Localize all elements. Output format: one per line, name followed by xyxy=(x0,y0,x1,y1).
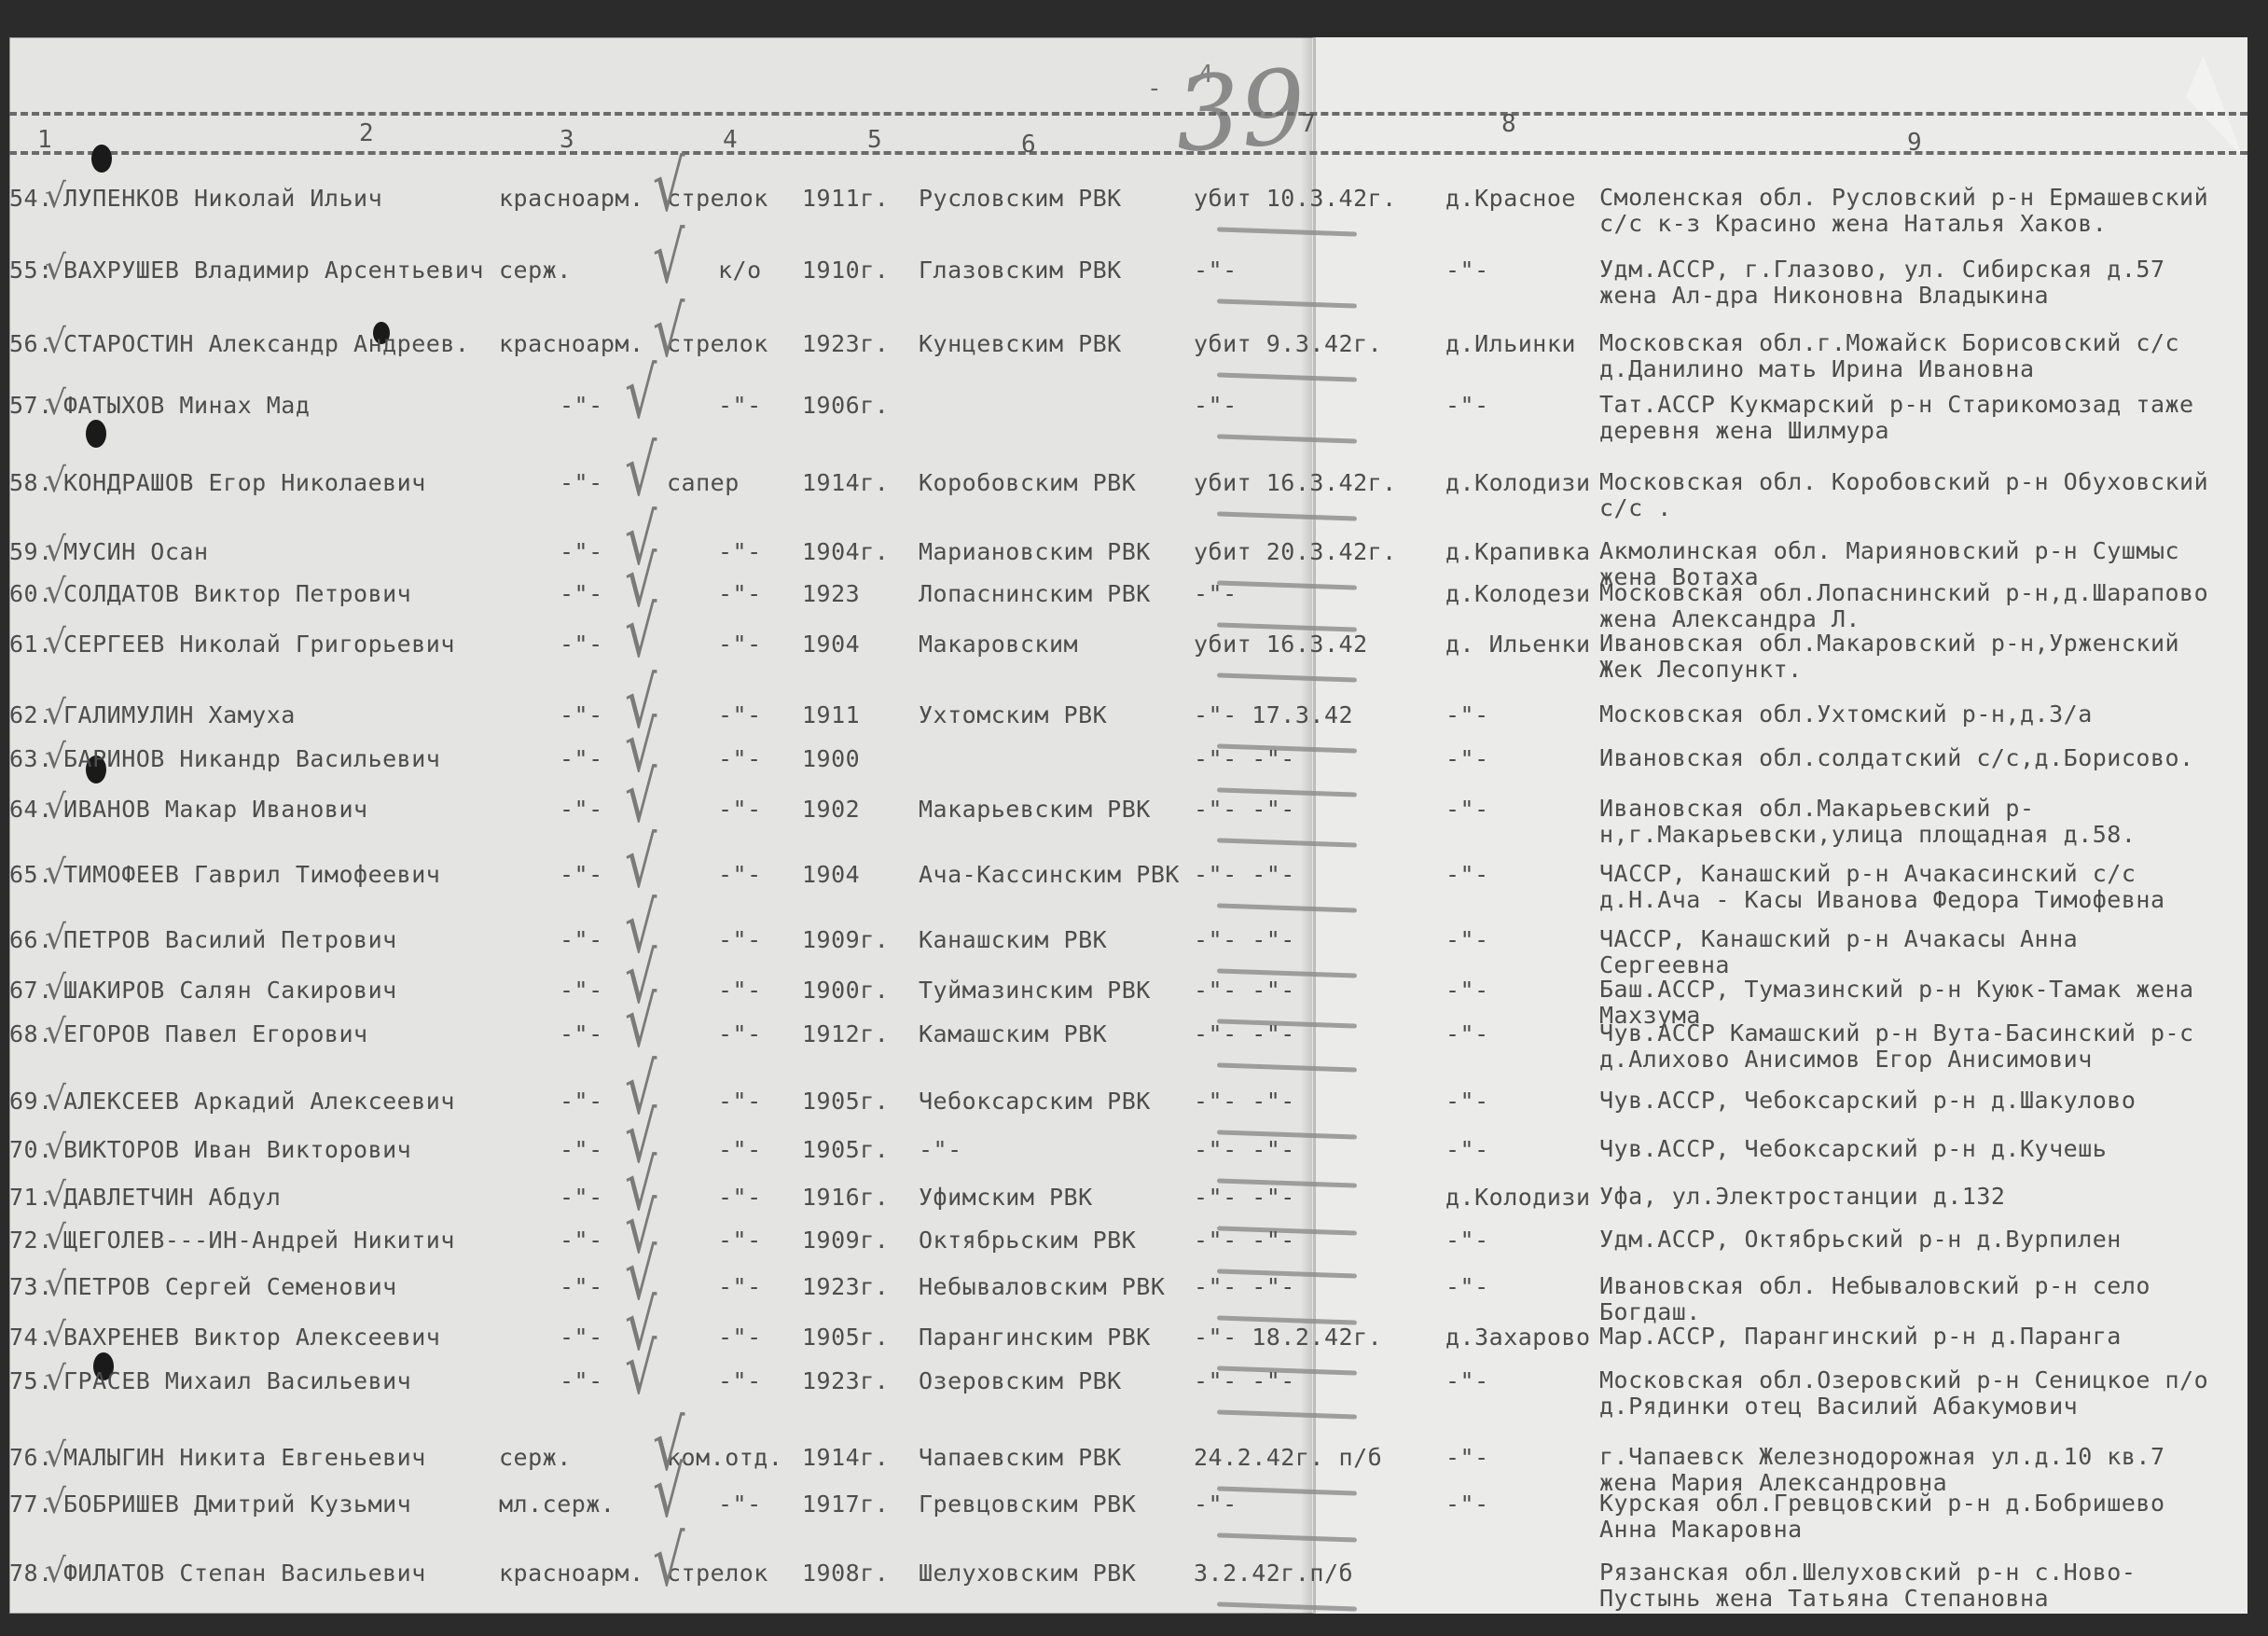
cell-year: 1911 xyxy=(802,701,860,728)
cell-name: ФАТЫХОВ Минах Мад xyxy=(63,392,310,419)
punch-hole xyxy=(91,145,112,173)
table-row: 78.ФИЛАТОВ Степан Васильевичкрасноарм.ст… xyxy=(9,1560,2247,1615)
cell-rvk: Туймазинским РВК xyxy=(919,977,1151,1004)
pencil-underline xyxy=(1217,672,1357,682)
cell-fate: -"- -"- xyxy=(1194,745,1295,772)
cell-year: 1909г. xyxy=(802,1227,889,1254)
cell-position: -"- xyxy=(718,796,762,823)
pencil-check-icon: √ xyxy=(625,590,657,672)
cell-position: -"- xyxy=(718,1184,762,1211)
cell-rvk: Макаровским xyxy=(919,631,1078,658)
cell-name: ВАХРУШЕВ Владимир Арсентьевич xyxy=(63,256,484,284)
cell-burial: -"- xyxy=(1445,1088,1489,1115)
cell-year: 1902 xyxy=(802,796,860,823)
table-row: 57.ФАТЫХОВ Минах Мад-"--"-1906г.-"--"-Та… xyxy=(9,392,2247,448)
cell-burial: д.Ильинки xyxy=(1445,330,1576,357)
cell-rank: -"- xyxy=(560,631,603,658)
margin-check-icon: √ xyxy=(45,1176,66,1214)
margin-check-icon: √ xyxy=(45,1129,66,1167)
table-row: 60.СОЛДАТОВ Виктор Петрович-"--"-1923Лоп… xyxy=(9,580,2247,636)
pencil-underline xyxy=(1217,298,1357,308)
cell-fate: -"- 18.2.42г. xyxy=(1194,1324,1382,1351)
cell-fate: -"- 17.3.42 xyxy=(1194,701,1353,728)
cell-rvk: Октябрьским РВК xyxy=(919,1227,1136,1254)
cell-address: Смоленская обл. Русловский р-н Ермашевск… xyxy=(1599,185,2215,237)
pencil-check-icon: √ xyxy=(653,290,685,372)
cell-rvk: -"- xyxy=(919,1136,962,1163)
cell-rank: -"- xyxy=(560,392,603,419)
cell-fate: -"- -"- xyxy=(1194,1088,1295,1115)
cell-address: Рязанская обл.Шелуховский р-н с.Ново-Пус… xyxy=(1599,1560,2215,1612)
cell-rank: -"- xyxy=(560,926,603,953)
cell-address: Тат.АССР Кукмарский р-н Старикомозад таж… xyxy=(1599,392,2215,444)
cell-name: ШАКИРОВ Салян Сакирович xyxy=(63,977,397,1004)
cell-position: -"- xyxy=(718,701,762,728)
cell-address: Курская обл.Гревцовский р-н д.Бобришево … xyxy=(1599,1490,2215,1543)
cell-position: -"- xyxy=(718,745,762,772)
cell-name: МУСИН Осан xyxy=(63,538,209,565)
cell-year: 1916г. xyxy=(802,1184,889,1211)
cell-address: Удм.АССР, Октябрьский р-н д.Вурпилен xyxy=(1599,1227,2215,1253)
cell-position: -"- xyxy=(718,1020,762,1047)
table-row: 66.ПЕТРОВ Василий Петрович-"--"-1909г.Ка… xyxy=(9,926,2247,982)
cell-year: 1923г. xyxy=(802,1273,889,1300)
cell-rank: -"- xyxy=(560,977,603,1004)
cell-position: -"- xyxy=(718,580,762,607)
margin-check-icon: √ xyxy=(45,1080,66,1118)
cell-address: Московская обл. Коробовский р-н Обуховск… xyxy=(1599,469,2215,521)
cell-fate: -"- -"- xyxy=(1194,926,1295,953)
cell-position: к/о xyxy=(718,256,762,284)
cell-address: г.Чапаевск Железнодорожная ул.д.10 кв.7 … xyxy=(1599,1444,2215,1496)
cell-burial: -"- xyxy=(1445,926,1489,953)
margin-check-icon: √ xyxy=(45,1483,66,1521)
table-row: 58.КОНДРАШОВ Егор Николаевич-"-сапер1914… xyxy=(9,469,2247,525)
cell-address: Чув.АССР, Чебоксарский р-н д.Шакулово xyxy=(1599,1088,2215,1114)
cell-rank: -"- xyxy=(560,796,603,823)
cell-rvk: Канашским РВК xyxy=(919,926,1107,953)
cell-year: 1912г. xyxy=(802,1020,889,1047)
page-number-dash: - xyxy=(1147,75,1162,103)
cell-address: Ивановская обл.Макарьевский р-н,г.Макарь… xyxy=(1599,796,2215,848)
cell-rank: -"- xyxy=(560,1324,603,1351)
margin-check-icon: √ xyxy=(45,1552,66,1590)
cell-address: Московская обл.Озеровский р-н Сеницкое п… xyxy=(1599,1367,2215,1420)
cell-rvk: Шелуховским РВК xyxy=(919,1560,1136,1587)
cell-rvk: Уфимским РВК xyxy=(919,1184,1093,1211)
cell-name: БОБРИШЕВ Дмитрий Кузьмич xyxy=(63,1490,411,1518)
margin-check-icon: √ xyxy=(45,738,66,776)
cell-year: 1923г. xyxy=(802,330,889,357)
cell-rank: мл.серж. xyxy=(499,1490,615,1518)
cell-rvk: Озеровским РВК xyxy=(919,1367,1122,1394)
margin-check-icon: √ xyxy=(45,1219,66,1257)
cell-fate: -"- -"- xyxy=(1194,861,1295,888)
cell-address: Ивановская обл. Небываловский р-н село Б… xyxy=(1599,1273,2215,1325)
cell-address: Московская обл.Лопаснинский р-н,д.Шарапо… xyxy=(1599,580,2215,632)
cell-fate: -"- -"- xyxy=(1194,1273,1295,1300)
cell-year: 1923 xyxy=(802,580,860,607)
column-number-4: 4 xyxy=(723,126,738,154)
column-number-6: 6 xyxy=(1021,131,1036,159)
cell-rank: -"- xyxy=(560,1020,603,1047)
cell-burial: -"- xyxy=(1445,256,1489,284)
margin-check-icon: √ xyxy=(45,462,66,500)
table-row: 55:ВАХРУШЕВ Владимир Арсентьевичсерж.к/о… xyxy=(9,256,2247,312)
margin-check-icon: √ xyxy=(45,919,66,957)
cell-address: ЧАССР, Канашский р-н Ачакасинский с/с д.… xyxy=(1599,861,2215,913)
cell-fate: убит 9.3.42г. xyxy=(1194,330,1382,357)
cell-name: ЕГОРОВ Павел Егорович xyxy=(63,1020,368,1047)
cell-year: 1917г. xyxy=(802,1490,889,1518)
document-page: - 4 39 123456789 54.ЛУПЕНКОВ Николай Иль… xyxy=(9,37,2247,1614)
margin-check-icon: √ xyxy=(45,323,66,361)
cell-burial: -"- xyxy=(1445,745,1489,772)
cell-rank: -"- xyxy=(560,538,603,565)
margin-check-icon: √ xyxy=(45,249,66,287)
cell-position: -"- xyxy=(718,538,762,565)
cell-name: ФИЛАТОВ Степан Васильевич xyxy=(63,1560,426,1587)
cell-burial: -"- xyxy=(1445,861,1489,888)
cell-name: ВИКТОРОВ Иван Викторович xyxy=(63,1136,411,1163)
margin-check-icon: √ xyxy=(45,1360,66,1398)
cell-burial: -"- xyxy=(1445,796,1489,823)
margin-check-icon: √ xyxy=(45,384,66,423)
pencil-underline xyxy=(1217,227,1357,236)
cell-position: -"- xyxy=(718,1324,762,1351)
cell-burial: -"- xyxy=(1445,1444,1489,1471)
pencil-check-icon: √ xyxy=(653,1519,685,1601)
column-number-3: 3 xyxy=(560,126,574,154)
cell-year: 1909г. xyxy=(802,926,889,953)
cell-rvk: Кунцевским РВК xyxy=(919,330,1122,357)
cell-name: КОНДРАШОВ Егор Николаевич xyxy=(63,469,426,496)
cell-rvk: Лопаснинским РВК xyxy=(919,580,1151,607)
cell-name: ПЕТРОВ Сергей Семенович xyxy=(63,1273,397,1300)
cell-year: 1914г. xyxy=(802,1444,889,1471)
table-row: 56.СТАРОСТИН Александр Андреев.красноарм… xyxy=(9,330,2247,386)
cell-rvk: Ача-Кассинским РВК xyxy=(919,861,1180,888)
cell-burial: д.Крапивка xyxy=(1445,538,1591,565)
cell-burial: -"- xyxy=(1445,1227,1489,1254)
table-row: 63.БАРИНОВ Никандр Васильевич-"--"-1900-… xyxy=(9,745,2247,801)
cell-rank: -"- xyxy=(560,1184,603,1211)
margin-check-icon: √ xyxy=(45,788,66,826)
cell-name: ЛУПЕНКОВ Николай Ильич xyxy=(63,185,382,212)
cell-rank: -"- xyxy=(560,1136,603,1163)
cell-rvk: Небываловским РВК xyxy=(919,1273,1165,1300)
cell-rvk: Камашским РВК xyxy=(919,1020,1107,1047)
cell-year: 1910г. xyxy=(802,256,889,284)
cell-year: 1908г. xyxy=(802,1560,889,1587)
cell-rvk: Коробовским РВК xyxy=(919,469,1136,496)
cell-burial: -"- xyxy=(1445,977,1489,1004)
cell-year: 1904 xyxy=(802,631,860,658)
margin-check-icon: √ xyxy=(45,531,66,569)
cell-rank: -"- xyxy=(560,1273,603,1300)
cell-rank: серж. xyxy=(499,1444,572,1471)
cell-year: 1906г. xyxy=(802,392,889,419)
column-number-1: 1 xyxy=(37,126,52,154)
cell-burial: -"- xyxy=(1445,1273,1489,1300)
cell-fate: -"- -"- xyxy=(1194,1184,1295,1211)
cell-fate: 3.2.42г.п/б xyxy=(1194,1560,1353,1587)
cell-position: -"- xyxy=(718,1227,762,1254)
cell-address: Уфа, ул.Электростанции д.132 xyxy=(1599,1184,2215,1210)
cell-position: сапер xyxy=(667,469,740,496)
cell-year: 1905г. xyxy=(802,1324,889,1351)
cell-address: ЧАССР, Канашский р-н Ачакасы Анна Сергее… xyxy=(1599,926,2215,978)
cell-position: -"- xyxy=(718,631,762,658)
cell-fate: -"- xyxy=(1194,256,1238,284)
cell-burial: -"- xyxy=(1445,1490,1489,1518)
cell-position: -"- xyxy=(718,392,762,419)
cell-rank: красноарм. xyxy=(499,1560,644,1587)
cell-burial: д.Красное xyxy=(1445,185,1576,212)
cell-name: ГРАСЕВ Михаил Васильевич xyxy=(63,1367,411,1394)
table-row: 75.ГРАСЕВ Михаил Васильевич-"--"-1923г.О… xyxy=(9,1367,2247,1423)
cell-fate: убит 16.3.42г. xyxy=(1194,469,1397,496)
cell-position: -"- xyxy=(718,1136,762,1163)
cell-fate: -"- -"- xyxy=(1194,977,1295,1004)
table-row: 54.ЛУПЕНКОВ Николай Ильичкрасноарм.стрел… xyxy=(9,185,2247,241)
cell-name: БАРИНОВ Никандр Васильевич xyxy=(63,745,440,772)
cell-name: СЕРГЕЕВ Николай Григорьевич xyxy=(63,631,455,658)
cell-address: Московская обл.Ухтомский р-н,д.3/а xyxy=(1599,701,2215,728)
cell-fate: -"- xyxy=(1194,1490,1238,1518)
cell-position: -"- xyxy=(718,861,762,888)
cell-fate: -"- -"- xyxy=(1194,1227,1295,1254)
cell-rank: серж. xyxy=(499,256,572,284)
margin-check-icon: √ xyxy=(45,623,66,661)
pencil-underline xyxy=(1217,1062,1357,1072)
cell-burial: д. Ильенки xyxy=(1445,631,1591,658)
cell-year: 1904г. xyxy=(802,538,889,565)
pencil-underline xyxy=(1217,838,1357,847)
cell-rank: -"- xyxy=(560,1367,603,1394)
cell-name: АЛЕКСЕЕВ Аркадий Алексеевич xyxy=(63,1088,455,1115)
cell-rvk: Чебоксарским РВК xyxy=(919,1088,1151,1115)
cell-name: СОЛДАТОВ Виктор Петрович xyxy=(63,580,411,607)
cell-burial: -"- xyxy=(1445,1136,1489,1163)
column-number-7: 7 xyxy=(1301,110,1316,138)
cell-year: 1914г. xyxy=(802,469,889,496)
column-number-5: 5 xyxy=(867,126,882,154)
cell-fate: -"- -"- xyxy=(1194,796,1295,823)
cell-burial: д.Колодези xyxy=(1445,580,1591,607)
margin-check-icon: √ xyxy=(45,1013,66,1051)
cell-address: Удм.АССР, г.Глазово, ул. Сибирская д.57 … xyxy=(1599,256,2215,309)
cell-fate: убит 10.3.42г. xyxy=(1194,185,1397,212)
cell-rvk: Глазовским РВК xyxy=(919,256,1122,284)
pencil-underline xyxy=(1217,1601,1357,1611)
cell-address: Ивановская обл.Макаровский р-н,Урженский… xyxy=(1599,631,2215,683)
cell-burial: -"- xyxy=(1445,701,1489,728)
cell-year: 1904 xyxy=(802,861,860,888)
cell-rvk: Макарьевским РВК xyxy=(919,796,1151,823)
cell-fate: -"- -"- xyxy=(1194,1136,1295,1163)
cell-name: ИВАНОВ Макар Иванович xyxy=(63,796,368,823)
cell-fate: -"- xyxy=(1194,392,1238,419)
cell-name: МАЛЫГИН Никита Евгеньевич xyxy=(63,1444,426,1471)
cell-name: ДАВЛЕТЧИН Абдул xyxy=(63,1184,281,1211)
cell-fate: убит 16.3.42 xyxy=(1194,631,1368,658)
column-number-8: 8 xyxy=(1501,110,1516,138)
cell-burial: д.Захарово xyxy=(1445,1324,1591,1351)
cell-name: ГАЛИМУЛИН Хамуха xyxy=(63,701,296,728)
margin-check-icon: √ xyxy=(45,177,66,215)
cell-year: 1905г. xyxy=(802,1136,889,1163)
margin-check-icon: √ xyxy=(45,853,66,892)
table-row: 64.ИВАНОВ Макар Иванович-"--"-1902Макарь… xyxy=(9,796,2247,852)
cell-rank: красноарм. xyxy=(499,330,644,357)
header-rule-top xyxy=(9,112,2247,116)
cell-address: Московская обл.г.Можайск Борисовский с/с… xyxy=(1599,330,2215,382)
cell-year: 1900 xyxy=(802,745,860,772)
cell-year: 1923г. xyxy=(802,1367,889,1394)
cell-rank: -"- xyxy=(560,745,603,772)
cell-position: -"- xyxy=(718,1088,762,1115)
pencil-check-icon: √ xyxy=(625,352,657,434)
cell-rvk: Парангинским РВК xyxy=(919,1324,1151,1351)
margin-check-icon: √ xyxy=(45,969,66,1007)
pencil-underline xyxy=(1217,1409,1357,1419)
cell-rank: -"- xyxy=(560,861,603,888)
table-row: 73.ПЕТРОВ Сергей Семенович-"--"-1923г.Не… xyxy=(9,1273,2247,1329)
column-number-9: 9 xyxy=(1907,129,1922,157)
cell-fate: убит 20.3.42г. xyxy=(1194,538,1397,565)
cell-burial: -"- xyxy=(1445,392,1489,419)
cell-position: -"- xyxy=(718,926,762,953)
cell-fate: 24.2.42г. п/б xyxy=(1194,1444,1382,1471)
pencil-underline xyxy=(1217,1532,1357,1542)
table-row: 77.БОБРИШЕВ Дмитрий Кузьмичмл.серж.-"-19… xyxy=(9,1490,2247,1546)
cell-address: Мар.АССР, Парангинский р-н д.Паранга xyxy=(1599,1324,2215,1350)
cell-rank: -"- xyxy=(560,701,603,728)
cell-address: Чув.АССР, Чебоксарский р-н д.Кучешь xyxy=(1599,1136,2215,1162)
cell-fate: -"- xyxy=(1194,580,1238,607)
column-number-2: 2 xyxy=(359,119,374,147)
cell-year: 1900г. xyxy=(802,977,889,1004)
cell-position: -"- xyxy=(718,1367,762,1394)
handwritten-page-number: 39 xyxy=(1171,47,1310,174)
pencil-underline xyxy=(1217,511,1357,520)
cell-burial: -"- xyxy=(1445,1367,1489,1394)
pencil-check-icon: √ xyxy=(653,216,685,298)
cell-rank: -"- xyxy=(560,580,603,607)
cell-year: 1911г. xyxy=(802,185,889,212)
cell-rank: -"- xyxy=(560,1088,603,1115)
cell-rank: -"- xyxy=(560,469,603,496)
cell-position: -"- xyxy=(718,1490,762,1518)
pencil-underline xyxy=(1217,372,1357,381)
margin-check-icon: √ xyxy=(45,1436,66,1475)
cell-name: ВАХРЕНЕВ Виктор Алексеевич xyxy=(63,1324,440,1351)
table-row: 68.ЕГОРОВ Павел Егорович-"--"-1912г.Кама… xyxy=(9,1020,2247,1076)
table-row: 65.ТИМОФЕЕВ Гаврил Тимофеевич-"--"-1904А… xyxy=(9,861,2247,917)
cell-rank: красноарм. xyxy=(499,185,644,212)
pencil-underline xyxy=(1217,903,1357,912)
cell-rvk: Чапаевским РВК xyxy=(919,1444,1122,1471)
cell-name: ЩЕГОЛЕВ---ИН-Андрей Никитич xyxy=(63,1227,455,1254)
table-row: 61.СЕРГЕЕВ Николай Григорьевич-"--"-1904… xyxy=(9,631,2247,686)
cell-address: Чув.АССР Камашский р-н Вута-Басинский р-… xyxy=(1599,1020,2215,1073)
cell-rank: -"- xyxy=(560,1227,603,1254)
cell-address: Ивановская обл.солдатский с/с,д.Борисово… xyxy=(1599,745,2215,771)
cell-position: -"- xyxy=(718,977,762,1004)
cell-rvk: Мариановским РВК xyxy=(919,538,1151,565)
cell-rvk: Русловским РВК xyxy=(919,185,1122,212)
margin-check-icon: √ xyxy=(45,694,66,732)
cell-fate: -"- -"- xyxy=(1194,1367,1295,1394)
pencil-check-icon: √ xyxy=(653,145,685,227)
margin-check-icon: √ xyxy=(45,1316,66,1354)
cell-year: 1905г. xyxy=(802,1088,889,1115)
cell-burial: д.Колодизи xyxy=(1445,1184,1591,1211)
cell-fate: -"- -"- xyxy=(1194,1020,1295,1047)
cell-name: СТАРОСТИН Александр Андреев. xyxy=(63,330,469,357)
cell-rvk: Ухтомским РВК xyxy=(919,701,1107,728)
cell-burial: -"- xyxy=(1445,1020,1489,1047)
margin-check-icon: √ xyxy=(45,573,66,611)
cell-burial: д.Колодизи xyxy=(1445,469,1591,496)
cell-name: ПЕТРОВ Василий Петрович xyxy=(63,926,397,953)
cell-rvk: Гревцовским РВК xyxy=(919,1490,1136,1518)
pencil-underline xyxy=(1217,434,1357,443)
margin-check-icon: √ xyxy=(45,1266,66,1304)
cell-position: -"- xyxy=(718,1273,762,1300)
pencil-check-icon: √ xyxy=(625,1327,657,1409)
cell-name: ТИМОФЕЕВ Гаврил Тимофеевич xyxy=(63,861,440,888)
